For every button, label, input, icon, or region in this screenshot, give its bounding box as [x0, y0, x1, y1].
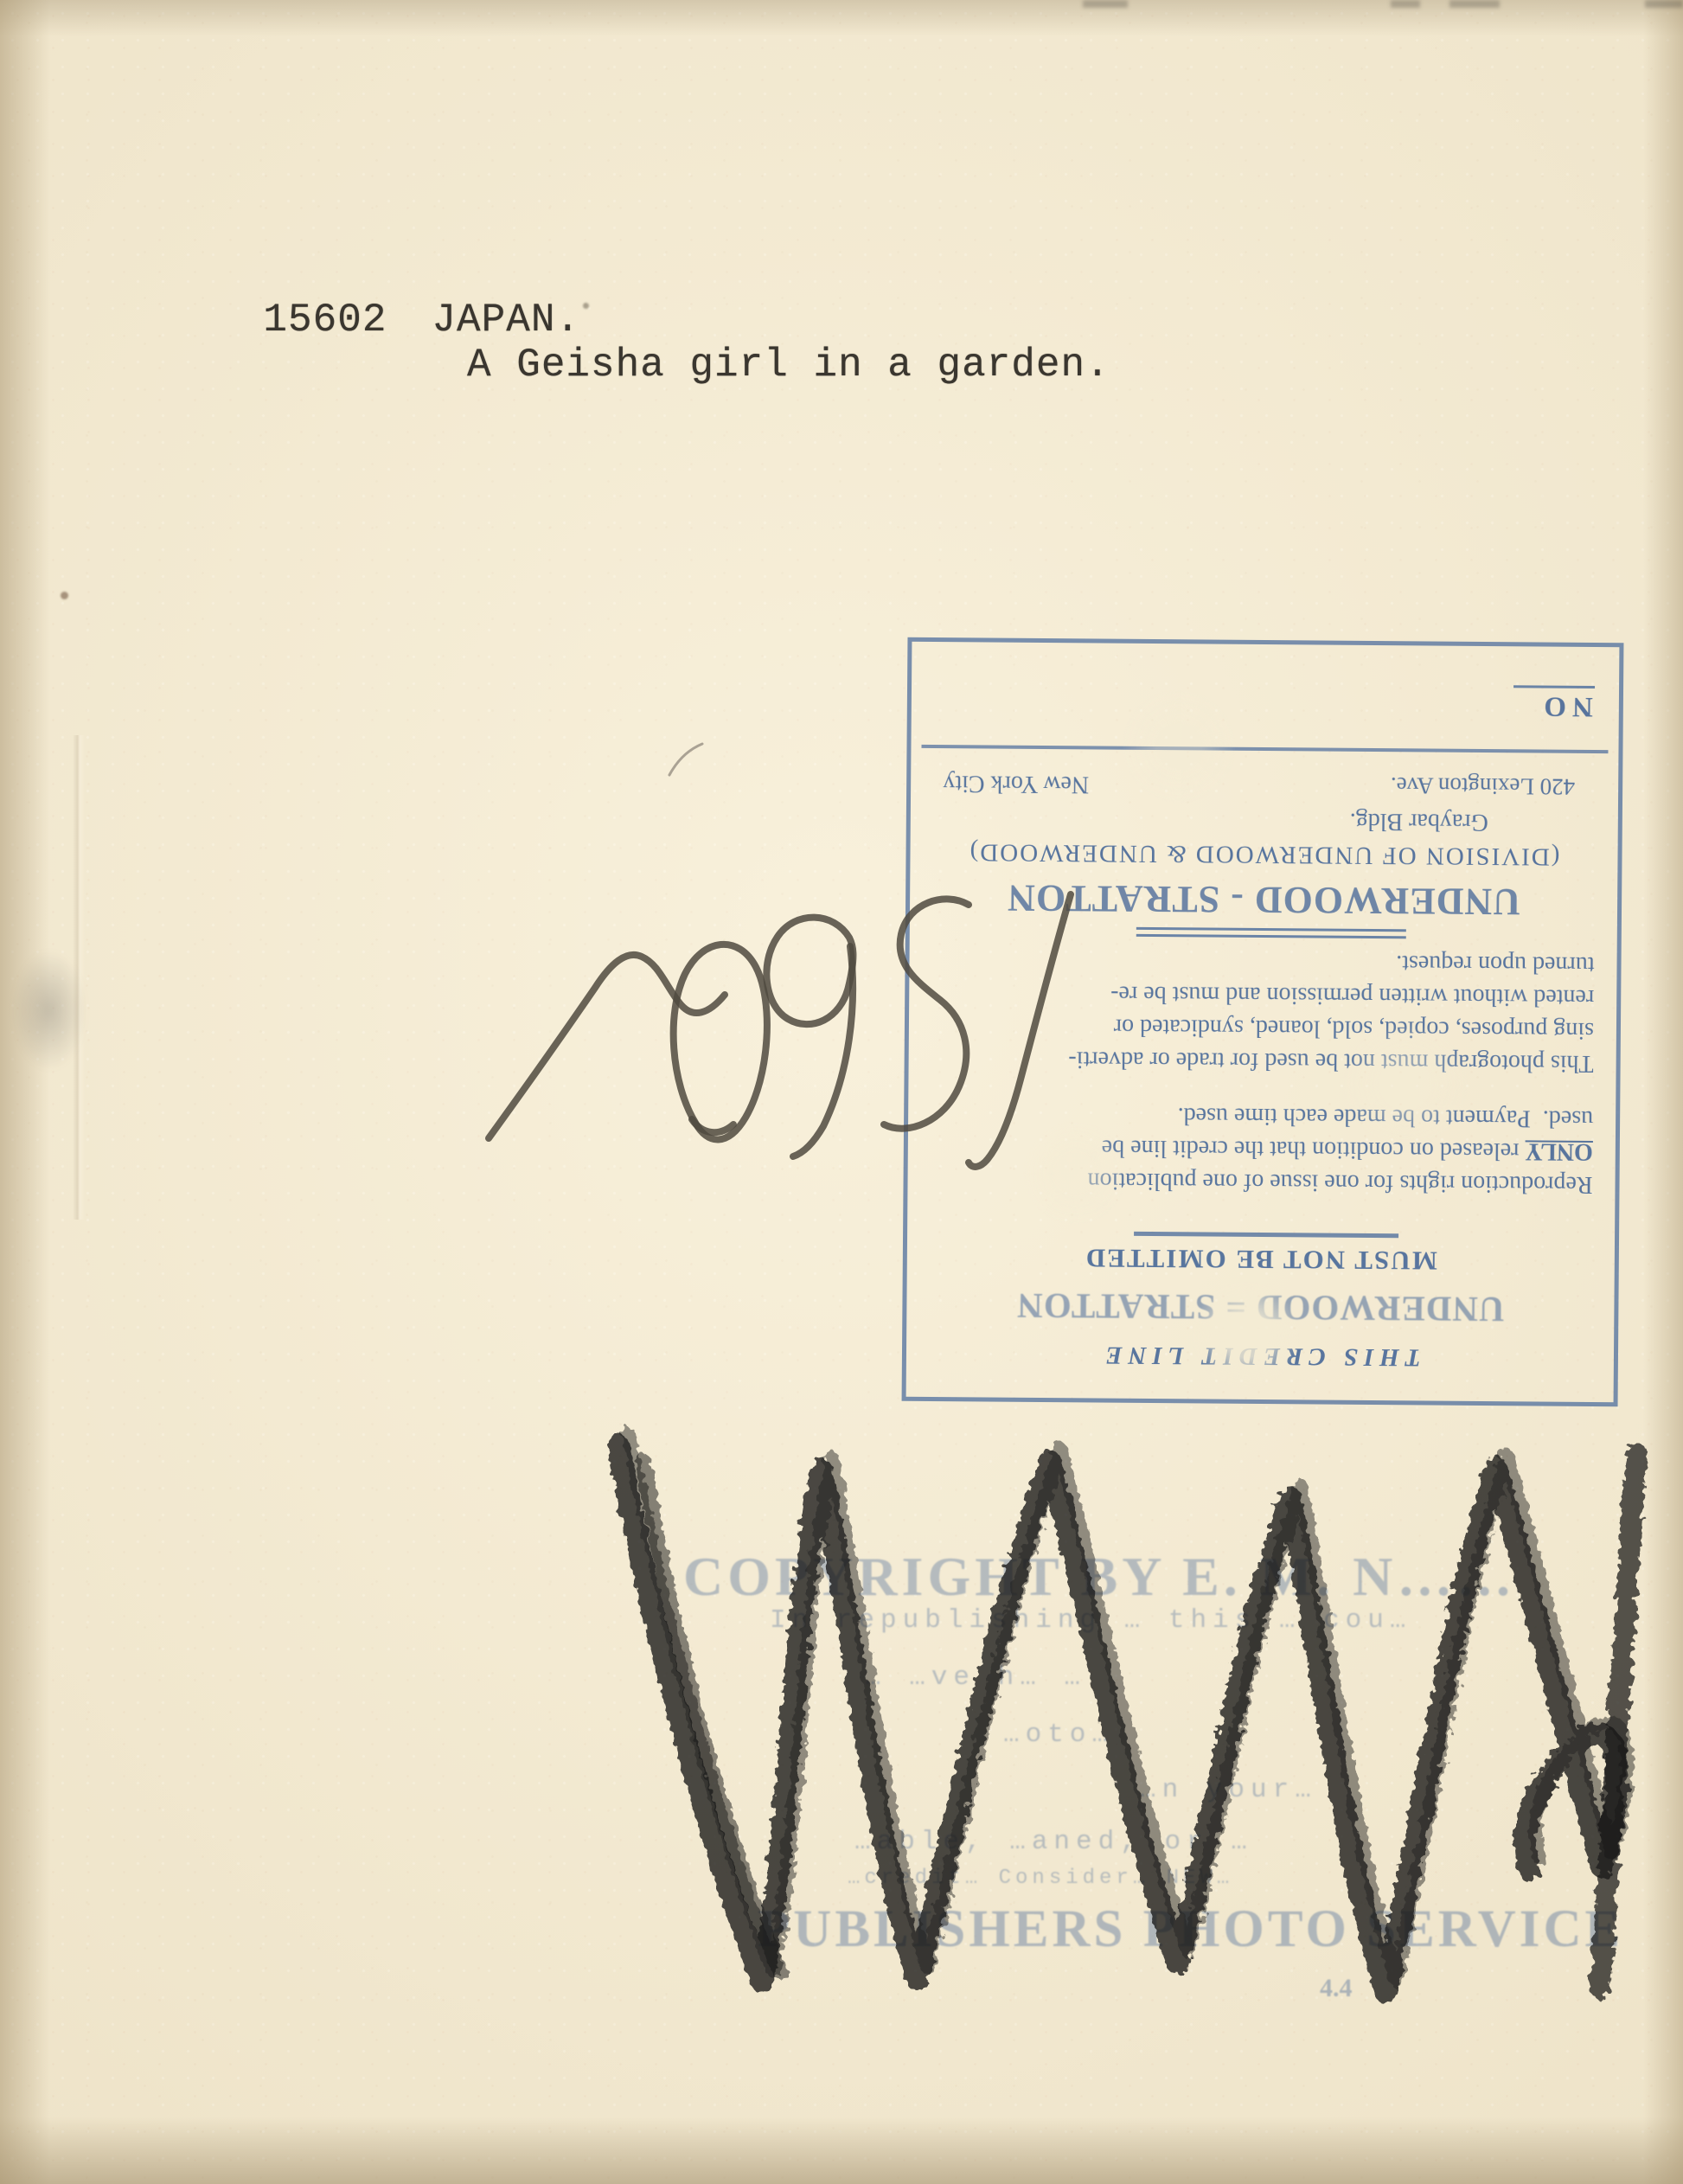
photo-verso-page: 15602JAPAN. A Geisha girl in a garden. T… — [0, 0, 1683, 2184]
crayon-scribble — [0, 0, 1683, 2184]
scribble-left-double — [643, 1462, 780, 1972]
